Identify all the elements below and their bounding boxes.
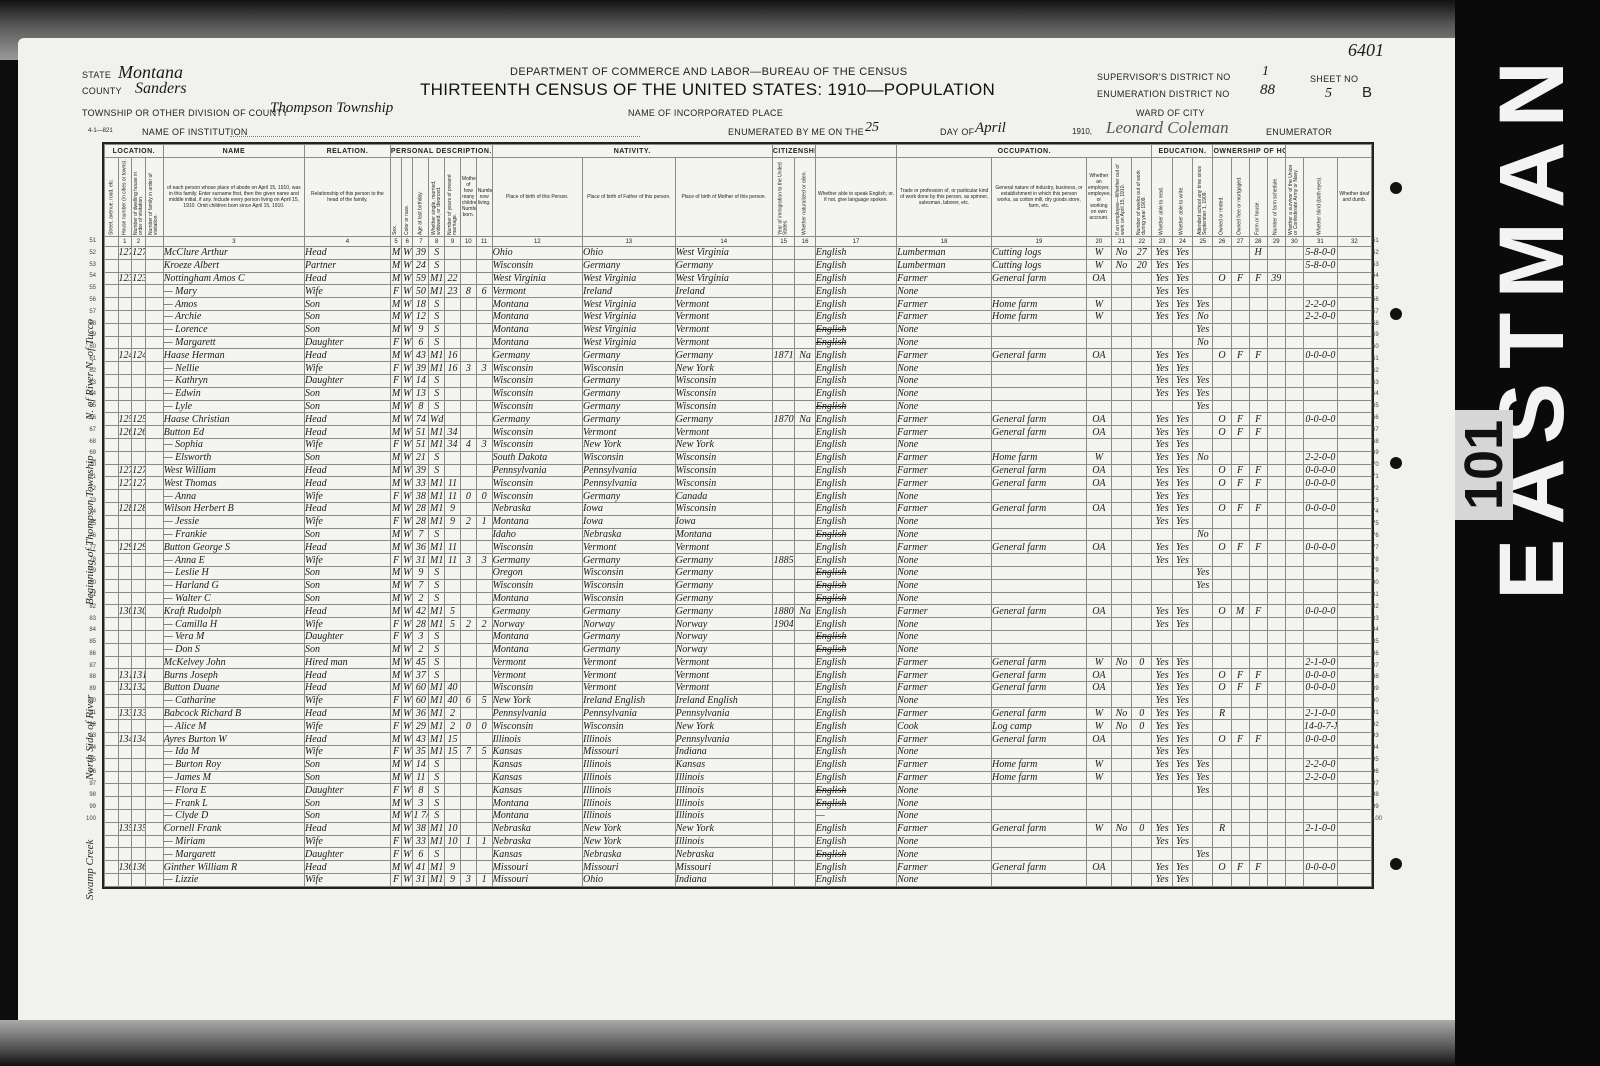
cell-lang: English [815,746,896,759]
cell-free [1231,298,1249,311]
cell-industry: Cutting logs [992,259,1087,272]
cell-mar: M1 [429,682,445,695]
cell-trade: None [897,579,992,592]
incorporated-place-label: Name of incorporated place [628,108,783,118]
cell-name: — Elsworth [163,451,304,464]
cell-imm [772,374,795,387]
cell-mar: S [429,298,445,311]
cell-pob_f: Wisconsin [582,720,675,733]
cell-born [460,374,476,387]
cell-out [1111,413,1131,426]
cell-read: Yes [1152,426,1172,439]
cell-born [460,797,476,810]
cell-weeks [1132,643,1152,656]
line-number: 92 [74,720,96,732]
cell-sex: M [390,592,401,605]
cell-emp: OA [1086,682,1111,695]
cell-name: — Jessie [163,515,304,528]
cell-living [476,426,492,439]
table-row: — Alice MWifeFW29M1200WisconsinWisconsin… [105,720,1372,733]
cell-farm [1249,822,1267,835]
cell-age: 41 [413,861,429,874]
cell-yrs: 16 [445,362,461,375]
group-misc [1285,145,1371,158]
cell-empty [105,336,119,349]
line-number: 86 [74,649,96,661]
cell-empty [105,426,119,439]
cell-mar: S [429,630,445,643]
cell-farm [1249,720,1267,733]
cell-industry [992,643,1087,656]
cell-write: Yes [1172,874,1192,887]
cell-write [1172,323,1192,336]
cell-age: 14 [413,374,429,387]
table-row: — CatharineWifeFW60M14065New YorkIreland… [105,694,1372,707]
column-number: 19 [992,237,1087,247]
cell-free [1231,707,1249,720]
cell-read: Yes [1152,707,1172,720]
cell-vet [1285,259,1303,272]
cell-weeks [1132,272,1152,285]
cell-own [1213,643,1231,656]
cell-empty [145,643,163,656]
cell-out [1111,336,1131,349]
cell-lang: English [815,490,896,503]
cell-farm [1249,758,1267,771]
cell-age: 28 [413,515,429,528]
cell-trade: Farmer [897,669,992,682]
cell-out [1111,758,1131,771]
cell-fam [132,451,146,464]
cell-pob: Wisconsin [492,374,582,387]
line-number: 57 [1372,307,1392,319]
line-number: 75 [1372,519,1392,531]
enumerator-label: Enumerator [1266,127,1332,137]
cell-born: 7 [460,746,476,759]
cell-living [476,707,492,720]
cell-lang: English [815,502,896,515]
cell-age: 39 [413,362,429,375]
cell-sched [1267,618,1285,631]
line-number: 54 [1372,271,1392,283]
cell-weeks: 0 [1132,720,1152,733]
cell-born: 3 [460,362,476,375]
cell-c31 [1303,746,1337,759]
cell-free [1231,566,1249,579]
cell-mar: M1 [429,426,445,439]
cell-name: McKelvey John [163,656,304,669]
cell-name: — Leslie H [163,566,304,579]
cell-nat [795,758,815,771]
cell-rel: Son [305,566,391,579]
cell-age: 39 [413,247,429,260]
cell-name: — Anna [163,490,304,503]
cell-pob: Wisconsin [492,490,582,503]
cell-living [476,771,492,784]
cell-sched [1267,566,1285,579]
cell-living [476,387,492,400]
cell-pob_f: Vermont [582,656,675,669]
cell-school [1193,426,1213,439]
line-number: 70 [1372,460,1392,472]
column-header: Mother of how many children. Number born… [460,158,476,237]
table-row: — LizzieWifeFW31M1931MissouriOhioIndiana… [105,874,1372,887]
cell-rel: Head [305,272,391,285]
cell-imm [772,528,795,541]
cell-born: 8 [460,285,476,298]
cell-name: — Lorence [163,323,304,336]
cell-rel: Son [305,810,391,823]
cell-race: W [402,797,413,810]
cell-fam: 125 [132,413,146,426]
cell-lang: English [815,643,896,656]
cell-dw [118,579,132,592]
table-row: — MiriamWifeFW33M11011NebraskaNew YorkIl… [105,835,1372,848]
cell-own [1213,874,1231,887]
cell-vet [1285,310,1303,323]
cell-pob: Montana [492,630,582,643]
department-title: DEPARTMENT OF COMMERCE AND LABOR—BUREAU … [510,66,908,78]
cell-farm [1249,259,1267,272]
cell-pob_f: Nebraska [582,528,675,541]
cell-pob_m: Pennsylvania [675,733,772,746]
cell-yrs [445,387,461,400]
cell-pob_m: Illinois [675,797,772,810]
cell-sex: M [390,758,401,771]
cell-lang: English [815,848,896,861]
cell-pob: New York [492,694,582,707]
cell-empty [145,285,163,298]
cell-nat [795,643,815,656]
table-row: Kroeze AlbertPartnerMW24SWisconsinGerman… [105,259,1372,272]
cell-school [1193,733,1213,746]
line-number: 97 [1372,779,1392,791]
cell-pob_m: Wisconsin [675,502,772,515]
cell-own: O [1213,426,1231,439]
cell-empty [145,797,163,810]
cell-born [460,464,476,477]
cell-fam: 124 [132,349,146,362]
table-row: — LyleSonMW8SWisconsinGermanyWisconsinEn… [105,400,1372,413]
cell-trade: None [897,618,992,631]
cell-school [1193,630,1213,643]
cell-lang: English [815,669,896,682]
cell-school [1193,707,1213,720]
line-number: 83 [1372,614,1392,626]
cell-weeks [1132,515,1152,528]
cell-living: 1 [476,835,492,848]
cell-dw [118,323,132,336]
cell-born [460,502,476,515]
cell-school: Yes [1193,298,1213,311]
cell-name: — Don S [163,643,304,656]
cell-empty [105,656,119,669]
cell-sex: M [390,797,401,810]
cell-c31 [1303,694,1337,707]
cell-c31: 0-0-0-0 [1303,502,1337,515]
cell-yrs [445,848,461,861]
cell-age: 9 [413,566,429,579]
column-number: 3 [163,237,304,247]
cell-empty [145,605,163,618]
cell-write: Yes [1172,362,1192,375]
cell-nat [795,272,815,285]
cell-school [1193,835,1213,848]
cell-rel: Son [305,323,391,336]
cell-nat [795,810,815,823]
cell-own [1213,656,1231,669]
cell-write: Yes [1172,746,1192,759]
cell-pob: Wisconsin [492,682,582,695]
cell-school [1193,438,1213,451]
cell-born [460,784,476,797]
cell-emp: W [1086,298,1111,311]
cell-name: Haase Christian [163,413,304,426]
cell-empty [145,810,163,823]
cell-empty [145,579,163,592]
cell-lang: English [815,720,896,733]
cell-free: M [1231,605,1249,618]
line-number: 71 [1372,472,1392,484]
cell-pob: Oregon [492,566,582,579]
cell-fam [132,285,146,298]
cell-age: 60 [413,682,429,695]
cell-fam [132,784,146,797]
cell-school [1193,413,1213,426]
line-number: 76 [1372,531,1392,543]
cell-empty [145,528,163,541]
cell-vet [1285,502,1303,515]
group-citizenship: CITIZENSHIP. [772,145,815,158]
cell-free [1231,490,1249,503]
line-number: 96 [1372,767,1392,779]
cell-pob: Wisconsin [492,579,582,592]
cell-pob_f: Illinois [582,810,675,823]
cell-write: Yes [1172,387,1192,400]
cell-pob: Germany [492,349,582,362]
cell-school: Yes [1193,400,1213,413]
cell-out [1111,682,1131,695]
cell-yrs: 11 [445,490,461,503]
cell-sex: M [390,771,401,784]
cell-fam [132,362,146,375]
column-header: Year of immigration to the United States… [772,158,795,237]
cell-empty [1337,746,1371,759]
cell-vet [1285,669,1303,682]
cell-read: Yes [1152,618,1172,631]
column-number: 30 [1285,237,1303,247]
cell-pob_f: Germany [582,643,675,656]
cell-farm [1249,592,1267,605]
cell-c31 [1303,272,1337,285]
cell-out [1111,490,1131,503]
cell-industry [992,618,1087,631]
cell-farm [1249,438,1267,451]
cell-pob_f: Germany [582,630,675,643]
cell-pob_f: Missouri [582,861,675,874]
cell-dw [118,362,132,375]
cell-free [1231,438,1249,451]
scan-bottom-edge [0,1020,1460,1066]
cell-lang: English [815,707,896,720]
line-number: 61 [1372,354,1392,366]
cell-own: O [1213,502,1231,515]
cell-empty [105,490,119,503]
cell-free [1231,784,1249,797]
cell-born [460,259,476,272]
cell-vet [1285,874,1303,887]
cell-living [476,682,492,695]
cell-name: Kraft Rudolph [163,605,304,618]
cell-living [476,592,492,605]
cell-rel: Partner [305,259,391,272]
cell-nat [795,464,815,477]
cell-pob: Wisconsin [492,259,582,272]
cell-imm [772,848,795,861]
cell-fam [132,618,146,631]
cell-race: W [402,528,413,541]
cell-empty [145,771,163,784]
cell-pob_m: New York [675,362,772,375]
line-number: 79 [74,566,96,578]
cell-write [1172,630,1192,643]
cell-pob_f: Germany [582,413,675,426]
cell-sex: F [390,285,401,298]
table-row: 132132Button DuaneHeadMW60M140WisconsinV… [105,682,1372,695]
column-number: 25 [1193,237,1213,247]
cell-read [1152,323,1172,336]
cell-farm [1249,784,1267,797]
cell-mar: M1 [429,477,445,490]
cell-name: — Amos [163,298,304,311]
cell-pob_f: Vermont [582,669,675,682]
cell-empty [1337,861,1371,874]
cell-sex: M [390,541,401,554]
column-number: 2 [132,237,146,247]
cell-dw: 127½ [118,477,132,490]
cell-empty [105,502,119,515]
cell-lang: English [815,362,896,375]
cell-read: Yes [1152,656,1172,669]
cell-trade: None [897,784,992,797]
cell-out: No [1111,720,1131,733]
cell-weeks [1132,810,1152,823]
line-number: 52 [1372,248,1392,260]
cell-empty [1337,400,1371,413]
table-row: — Frank LSonMW3SMontanaIllinoisIllinoisE… [105,797,1372,810]
cell-school [1193,541,1213,554]
line-number: 55 [1372,283,1392,295]
cell-empty [145,323,163,336]
line-number: 94 [1372,743,1392,755]
line-number: 63 [74,378,96,390]
cell-pob_f: Wisconsin [582,579,675,592]
cell-yrs: 11 [445,554,461,567]
cell-pob_m: New York [675,438,772,451]
table-row: — LorenceSonMW9SMontanaWest VirginiaVerm… [105,323,1372,336]
cell-pob: Montana [492,643,582,656]
cell-fam [132,579,146,592]
cell-own: R [1213,707,1231,720]
cell-age: 3 [413,630,429,643]
cell-free [1231,771,1249,784]
cell-fam [132,630,146,643]
cell-pob_f: Ireland English [582,694,675,707]
cell-empty [145,656,163,669]
cell-mar: S [429,566,445,579]
cell-born [460,810,476,823]
cell-sex: F [390,618,401,631]
cell-write: Yes [1172,310,1192,323]
cell-age: 3 [413,797,429,810]
cell-pob_m: Indiana [675,874,772,887]
line-number: 51 [1372,236,1392,248]
cell-school [1193,490,1213,503]
cell-age: 51 [413,426,429,439]
cell-weeks [1132,336,1152,349]
cell-name: — Margarett [163,336,304,349]
cell-empty [145,362,163,375]
cell-vet [1285,387,1303,400]
cell-sched [1267,515,1285,528]
cell-vet [1285,579,1303,592]
cell-yrs: 2 [445,707,461,720]
line-number: 100 [74,814,96,826]
line-number: 61 [74,354,96,366]
cell-vet [1285,605,1303,618]
cell-weeks [1132,835,1152,848]
cell-sex: F [390,490,401,503]
cell-sched [1267,259,1285,272]
cell-own [1213,694,1231,707]
table-row: — MargarettDaughterFW6SKansasNebraskaNeb… [105,848,1372,861]
cell-trade: Farmer [897,707,992,720]
cell-emp: W [1086,247,1111,260]
cell-own [1213,451,1231,464]
cell-empty [1337,362,1371,375]
cell-born [460,323,476,336]
cell-age: 12 [413,310,429,323]
cell-born: 4 [460,438,476,451]
cell-empty [105,374,119,387]
cell-race: W [402,669,413,682]
cell-nat [795,426,815,439]
cell-pob_m: Germany [675,605,772,618]
cell-own: O [1213,682,1231,695]
cell-own [1213,835,1231,848]
cell-empty [105,362,119,375]
line-number: 78 [1372,555,1392,567]
cell-mar: M1 [429,541,445,554]
cell-emp [1086,374,1111,387]
cell-sex: F [390,784,401,797]
cell-weeks [1132,502,1152,515]
table-row: 134134Ayres Burton WHeadMW43M115Illinois… [105,733,1372,746]
cell-industry: General farm [992,413,1087,426]
cell-weeks [1132,362,1152,375]
cell-born: 0 [460,720,476,733]
cell-school [1193,272,1213,285]
cell-lang: English [815,413,896,426]
cell-age: 45 [413,656,429,669]
cell-free [1231,643,1249,656]
cell-age: 29 [413,720,429,733]
cell-write [1172,336,1192,349]
cell-sched [1267,656,1285,669]
cell-living [476,336,492,349]
cell-read [1152,336,1172,349]
cell-mar: M1 [429,694,445,707]
